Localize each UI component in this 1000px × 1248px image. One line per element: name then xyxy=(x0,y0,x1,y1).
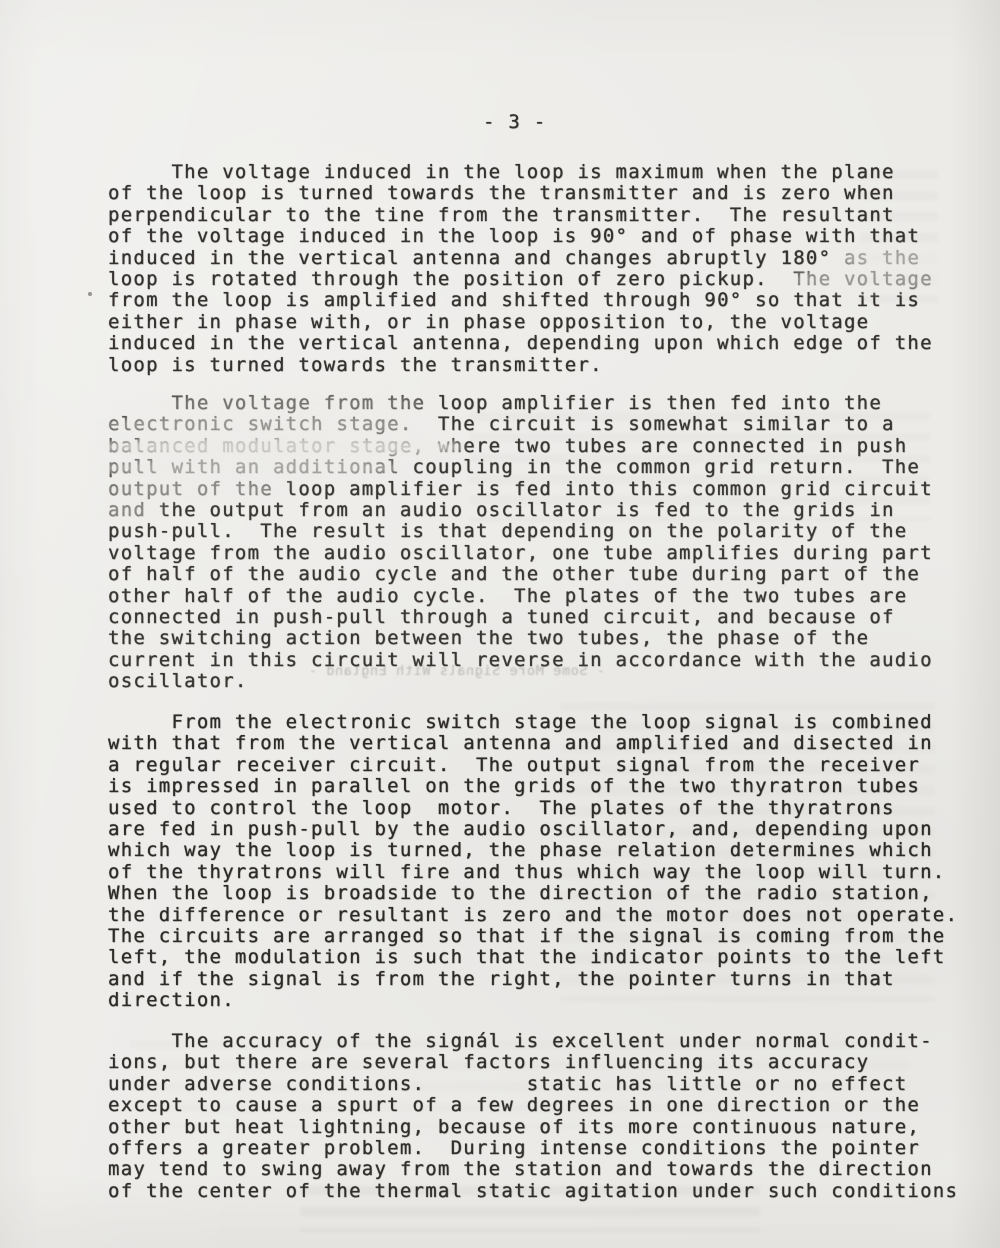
ink-speck xyxy=(300,1142,303,1145)
faded-ink-patch xyxy=(98,414,433,436)
paragraph-thyratron-control: From the electronic switch stage the loo… xyxy=(108,712,958,1012)
faded-ink-patch xyxy=(98,436,463,458)
ink-speck xyxy=(88,292,92,296)
paragraph-loop-voltage: The voltage induced in the loop is maxim… xyxy=(108,162,933,376)
paragraph-signal-accuracy: The accuracy of the signál is excellent … xyxy=(108,1031,958,1202)
faded-ink-patch xyxy=(98,500,163,522)
document-page: - Some More Signals With England - - 3 -… xyxy=(0,0,1000,1248)
ink-speck xyxy=(756,600,759,603)
faded-ink-patch xyxy=(98,457,403,479)
faded-ink-patch xyxy=(98,479,288,501)
faded-ink-patch xyxy=(786,268,950,292)
faded-ink-patch xyxy=(140,393,430,415)
faded-ink-patch xyxy=(836,246,948,270)
page-number: - 3 - xyxy=(483,112,546,133)
